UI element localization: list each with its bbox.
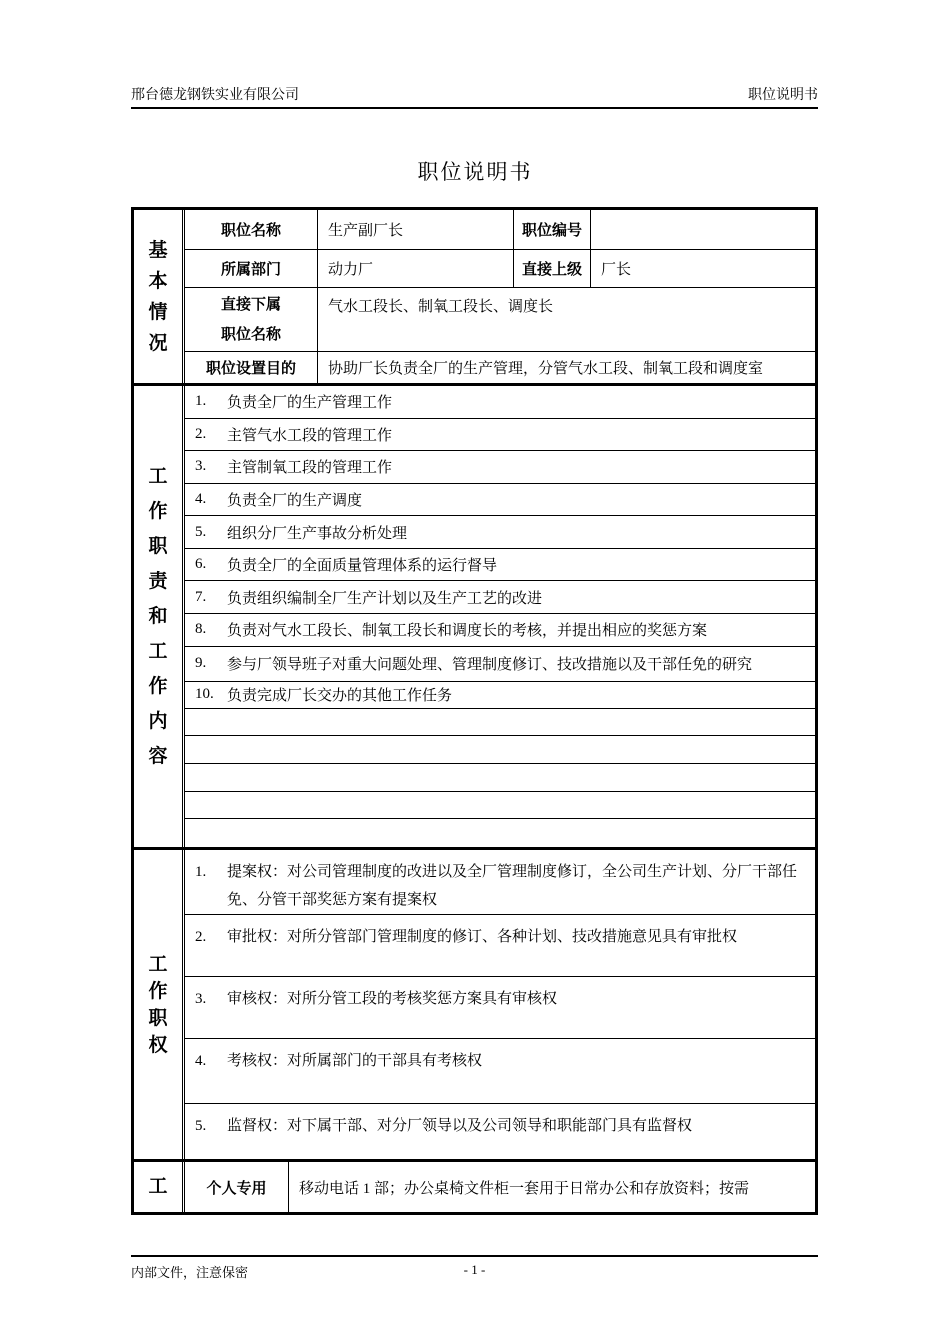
value-supervisor: 厂长 [591,250,815,287]
authority-number: 1. [195,858,227,886]
value-department: 动力厂 [318,250,514,287]
duty-text: 参与厂领导班子对重大问题处理、管理制度修订、技改措施以及干部任免的研究 [227,653,809,674]
section-label-text: 基本情况 [148,235,169,359]
section-label-resources: 工 [134,1162,185,1212]
header-company-name: 邢台德龙钢铁实业有限公司 [131,84,299,104]
duty-row-empty [185,736,815,764]
duty-number: 3. [195,458,227,475]
value-purpose: 协助厂长负责全厂的生产管理，分管气水工段、制氧工段和调度室 [318,352,815,383]
duty-row: 4.负责全厂的生产调度 [185,484,815,517]
section-label-basic-info: 基本情况 [134,210,185,383]
field-subordinates-line2: 职位名称 [221,320,281,350]
field-personal-equipment: 个人专用 [185,1162,289,1212]
value-job-title: 生产副厂长 [318,210,514,249]
section-duties: 工作职责和工作内容 1.负责全厂的生产管理工作 2.主管气水工段的管理工作 3.… [134,386,815,850]
duty-row: 10.负责完成厂长交办的其他工作任务 [185,682,815,709]
authority-number: 3. [195,985,227,1013]
page-header: 邢台德龙钢铁实业有限公司 职位说明书 [131,84,818,109]
authority-row: 4.考核权：对所属部门的干部具有考核权 [185,1039,815,1104]
field-job-title: 职位名称 [185,210,318,249]
page-footer: 内部文件，注意保密 - 1 - [131,1255,818,1281]
duty-row: 8.负责对气水工段长、制氧工段长和调度长的考核，并提出相应的奖惩方案 [185,614,815,647]
authority-text: 考核权：对所属部门的干部具有考核权 [227,1047,807,1075]
duty-text: 负责全厂的生产调度 [227,489,809,510]
duty-row: 1.负责全厂的生产管理工作 [185,386,815,419]
duty-number: 5. [195,524,227,541]
duty-text: 负责对气水工段长、制氧工段长和调度长的考核，并提出相应的奖惩方案 [227,619,809,640]
field-job-code: 职位编号 [514,210,591,249]
duty-row: 6.负责全厂的全面质量管理体系的运行督导 [185,549,815,582]
authority-row: 1.提案权：对公司管理制度的改进以及全厂管理制度修订，全公司生产计划、分厂干部任… [185,850,815,915]
row-job-title: 职位名称 生产副厂长 职位编号 [185,210,815,250]
authority-row: 2.审批权：对所分管部门管理制度的修订、各种计划、技改措施意见具有审批权 [185,915,815,977]
duty-text: 负责组织编制全厂生产计划以及生产工艺的改进 [227,587,809,608]
field-purpose: 职位设置目的 [185,352,318,383]
value-personal-equipment: 移动电话 1 部；办公桌椅文件柜一套用于日常办公和存放资料；按需 [289,1162,815,1212]
duty-number: 10. [195,686,227,703]
duty-row: 7.负责组织编制全厂生产计划以及生产工艺的改进 [185,581,815,614]
field-supervisor: 直接上级 [514,250,591,287]
duty-text: 主管气水工段的管理工作 [227,424,809,445]
authority-number: 5. [195,1112,227,1140]
section-label-text: 工作职责和工作内容 [148,459,169,774]
authority-number: 2. [195,923,227,951]
authority-number: 4. [195,1047,227,1075]
duty-text: 负责全厂的全面质量管理体系的运行督导 [227,554,809,575]
duty-number: 9. [195,655,227,672]
duty-number: 6. [195,556,227,573]
duty-number: 2. [195,426,227,443]
section-label-text: 工 [148,1176,169,1198]
document-page: 邢台德龙钢铁实业有限公司 职位说明书 职位说明书 基本情况 职位名称 生产副厂长… [0,0,950,1344]
authority-text: 审批权：对所分管部门管理制度的修订、各种计划、技改措施意见具有审批权 [227,923,807,951]
duty-number: 1. [195,393,227,410]
section-label-authority: 工作职权 [134,850,185,1159]
duty-row: 2.主管气水工段的管理工作 [185,419,815,452]
authority-text: 监督权：对下属干部、对分厂领导以及公司领导和职能部门具有监督权 [227,1112,807,1140]
value-subordinates: 气水工段长、制氧工段长、调度长 [318,288,815,351]
section-label-text: 工作职权 [148,951,169,1059]
authority-text: 提案权：对公司管理制度的改进以及全厂管理制度修订，全公司生产计划、分厂干部任免、… [227,858,807,914]
duty-row-empty [185,764,815,792]
field-subordinates: 直接下属 职位名称 [185,288,318,351]
row-subordinates: 直接下属 职位名称 气水工段长、制氧工段长、调度长 [185,288,815,352]
row-purpose: 职位设置目的 协助厂长负责全厂的生产管理，分管气水工段、制氧工段和调度室 [185,352,815,383]
duty-text: 负责全厂的生产管理工作 [227,391,809,412]
header-doc-type: 职位说明书 [748,84,818,104]
job-description-table: 基本情况 职位名称 生产副厂长 职位编号 所属部门 动力厂 直接上级 厂长 [131,207,818,1215]
duty-text: 负责完成厂长交办的其他工作任务 [227,684,809,705]
field-department: 所属部门 [185,250,318,287]
authority-row: 5.监督权：对下属干部、对分厂领导以及公司领导和职能部门具有监督权 [185,1104,815,1159]
duty-number: 8. [195,621,227,638]
row-personal-equipment: 个人专用 移动电话 1 部；办公桌椅文件柜一套用于日常办公和存放资料；按需 [185,1162,815,1212]
duty-row-empty [185,792,815,820]
duty-row: 3.主管制氧工段的管理工作 [185,451,815,484]
section-label-duties: 工作职责和工作内容 [134,386,185,847]
duty-row: 5.组织分厂生产事故分析处理 [185,516,815,549]
duty-row-empty [185,819,815,847]
row-department: 所属部门 动力厂 直接上级 厂长 [185,250,815,288]
duty-row: 9.参与厂领导班子对重大问题处理、管理制度修订、技改措施以及干部任免的研究 [185,647,815,683]
duty-number: 4. [195,491,227,508]
authority-text: 审核权：对所分管工段的考核奖惩方案具有审核权 [227,985,807,1013]
duty-text: 主管制氧工段的管理工作 [227,456,809,477]
section-basic-info: 基本情况 职位名称 生产副厂长 职位编号 所属部门 动力厂 直接上级 厂长 [134,210,815,386]
authority-row: 3.审核权：对所分管工段的考核奖惩方案具有审核权 [185,977,815,1039]
duty-row-empty [185,709,815,737]
section-resources: 工 个人专用 移动电话 1 部；办公桌椅文件柜一套用于日常办公和存放资料；按需 [134,1162,815,1212]
field-subordinates-line1: 直接下属 [221,290,281,320]
value-job-code [591,210,815,249]
section-authority: 工作职权 1.提案权：对公司管理制度的改进以及全厂管理制度修订，全公司生产计划、… [134,850,815,1162]
page-number: - 1 - [464,1262,486,1278]
footer-confidential-note: 内部文件，注意保密 [131,1265,248,1280]
page-title: 职位说明书 [0,156,950,186]
duty-text: 组织分厂生产事故分析处理 [227,522,809,543]
duty-number: 7. [195,589,227,606]
